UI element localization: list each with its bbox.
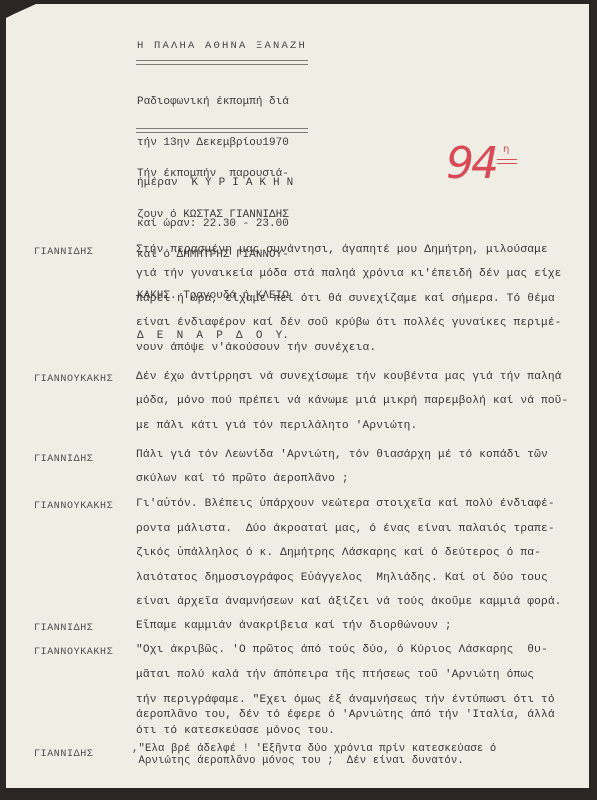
divider-rule bbox=[136, 60, 308, 65]
dialogue-line: γιά τήν γυναικεία μόδα στά παληά χρόνια … bbox=[136, 268, 562, 280]
dialogue-line: "Οχι άκριβῶς. 'Ο πρῶτος άπό τούς δύο, ό … bbox=[136, 644, 548, 656]
dialogue-line: Πάλι γιά τόν Λεωνίδα 'Αρνιώτη, τόν θιασά… bbox=[136, 449, 548, 461]
speaker-label: ΓΙΑΝΝΟΥΚΑΚΗΣ bbox=[34, 647, 113, 658]
speaker-label: ΓΙΑΝΝΙΔΗΣ bbox=[34, 454, 93, 465]
speaker-label: ΓΙΑΝΝΙΔΗΣ bbox=[34, 749, 93, 760]
handwritten-underline bbox=[497, 163, 517, 164]
dialogue-line: Στήν περασμένη μας συνάντησι, άγαπητέ μο… bbox=[136, 244, 548, 256]
speaker-label: ΓΙΑΝΝΙΔΗΣ bbox=[34, 247, 93, 258]
dialogue-line: είναι ένδιαφέρον καί δέν σοῦ κρύβω ότι π… bbox=[136, 317, 562, 329]
dialogue-line: σκύλων καί τό πρῶτο άεροπλᾶνο ; bbox=[136, 473, 349, 485]
typewritten-page: Η ΠΑΛΗΑ ΑΘΗΝΑ ΞΑΝΑΖΗ Ραδιοφωνική έκπομπή… bbox=[6, 4, 589, 788]
dialogue-line: Αρνιώτης άεροπλᾶνο μόνος του ; Δέν είναι… bbox=[132, 755, 464, 767]
dialogue-line: ,"Ελα βρέ άδελφέ ! 'Εξῆντα δύο χρόνια πρ… bbox=[132, 743, 496, 755]
handwritten-superscript: η bbox=[503, 144, 509, 155]
speaker-label: ΓΙΑΝΝΟΥΚΑΚΗΣ bbox=[34, 501, 113, 512]
dialogue-line: λαιότατος δημοσιογράφος Εὐάγγελος Μηλιάδ… bbox=[136, 572, 548, 584]
dialogue-line: πάρει ή ώρα, είχαμε πεί ότι θά συνεχίζαμ… bbox=[136, 293, 555, 305]
dialogue-line: άεροπλᾶνο του, δέν τό έφερε ό 'Αρνιώτης … bbox=[136, 709, 555, 721]
presenters-info-line: Τήν έκπομπήν παρουσιά- bbox=[137, 168, 289, 182]
dialogue-line: Δέν έχω άντίρρησι νά συνεχίσωμε τήν κουβ… bbox=[136, 371, 562, 383]
broadcast-info-line: Ραδιοφωνική έκπομπή διά bbox=[137, 96, 293, 110]
dialogue-line: ότι τό κατεσκεύασε μόνος του. bbox=[136, 725, 335, 737]
document-title: Η ΠΑΛΗΑ ΑΘΗΝΑ ΞΑΝΑΖΗ bbox=[137, 40, 307, 52]
presenters-info-line: ζουν ό ΚΩΣΤΑΣ ΓΙΑΝΝΙΔΗΣ bbox=[137, 209, 289, 223]
dialogue-line: με πάλι κάτι γιά τόν περιλάλητο 'Αρνιώτη… bbox=[136, 420, 417, 432]
dialogue-line: ζικός ὑπάλληλος ό κ. Δημήτρης Λάσκαρης κ… bbox=[136, 547, 541, 559]
speaker-label: ΓΙΑΝΝΙΔΗΣ bbox=[34, 623, 93, 634]
dialogue-line: μᾶται πολύ καλά τήν άπόπειρα τῆς πτήσεως… bbox=[136, 669, 534, 681]
handwritten-page-number: 94 bbox=[446, 138, 496, 189]
dialogue-line: Γι'αὐτόν. Βλέπεις ὑπάρχουν νεώτερα στοιχ… bbox=[136, 498, 555, 510]
handwritten-underline bbox=[497, 159, 517, 160]
dialogue-line: μόδα, μόνο πού πρέπει νά κάνωμε μιά μικρ… bbox=[136, 395, 568, 407]
dialogue-line: Εἴπαμε καμμιάν άνακρίβεια καί τήν διορθώ… bbox=[136, 620, 452, 632]
dialogue-line: τήν περιγράφαμε. "Εχει όμως έξ άναμνήσεω… bbox=[136, 694, 555, 706]
divider-rule bbox=[136, 128, 308, 133]
speaker-label: ΓΙΑΝΝΟΥΚΑΚΗΣ bbox=[34, 374, 113, 385]
dialogue-line: νουν άπόψε ν'άκούσουν τήν συνέχεια. bbox=[136, 342, 376, 354]
dialogue-line: είναι άρχεῖα άναμνήσεων καί άξίζει νά το… bbox=[136, 596, 562, 608]
dialogue-line: ροντα μάλιστα. Δύο άκροαταί μας, ό ένας … bbox=[136, 523, 555, 535]
